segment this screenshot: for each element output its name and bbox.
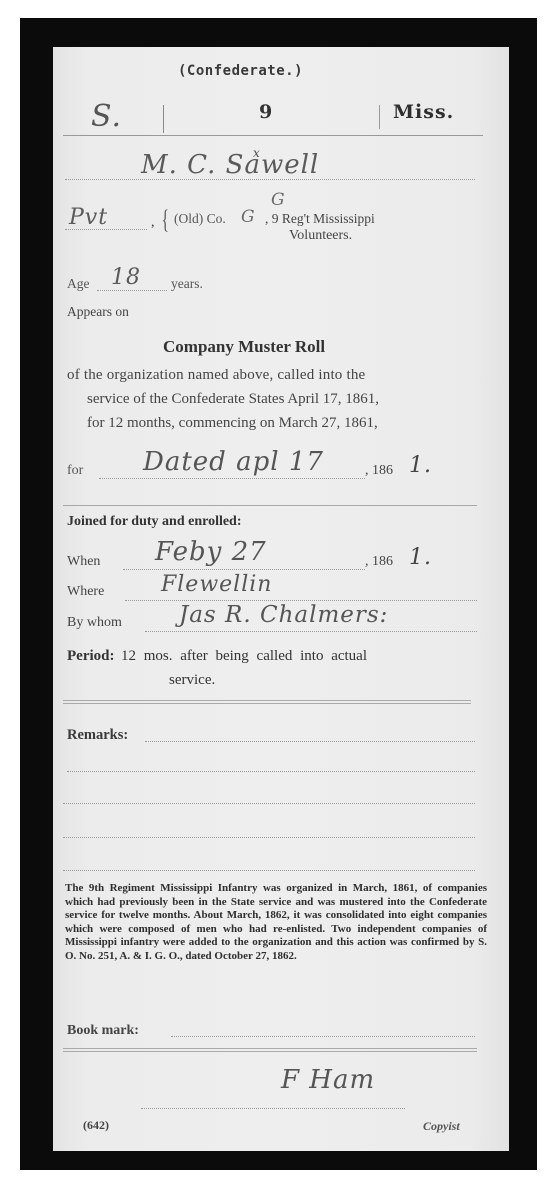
remarks-line-3: [63, 803, 475, 804]
form-number: (642): [83, 1118, 109, 1133]
name-correction-mark: x: [253, 146, 261, 160]
company-letter: G: [241, 207, 256, 227]
when-label: When: [67, 554, 100, 570]
period-value-line2: service.: [169, 672, 215, 689]
section-rule: [63, 505, 477, 506]
period-rule: [63, 700, 471, 704]
period-label: Period:: [67, 648, 114, 665]
age-label: Age: [67, 276, 90, 292]
muster-roll-card: (Confederate.) S. 9 Miss. M. C. Sawell x…: [53, 47, 509, 1151]
confederate-title: (Confederate.): [178, 63, 303, 79]
for-line: [99, 478, 365, 479]
regiment-history-note: The 9th Regiment Mississippi Infantry wa…: [65, 882, 487, 964]
enrollment-heading: Joined for duty and enrolled:: [67, 514, 242, 530]
for-label: for: [67, 463, 83, 479]
copyist-line: [141, 1108, 405, 1109]
age-suffix: years.: [171, 276, 203, 292]
age-line: [97, 290, 167, 291]
copyist-label: Copyist: [423, 1119, 460, 1134]
where-label: Where: [67, 584, 104, 600]
company-correction: G: [271, 190, 286, 210]
header-rule: [63, 135, 483, 136]
copyist-signature: F Ham: [281, 1065, 375, 1095]
rank-line: [65, 229, 147, 230]
state-abbrev: Miss.: [393, 101, 454, 123]
remarks-line-2: [67, 771, 475, 772]
remarks-line-1: [145, 741, 475, 742]
brace: {: [161, 207, 168, 233]
age-value: 18: [111, 265, 141, 290]
regiment-number: 9: [259, 101, 272, 123]
when-year-prefix: , 186: [365, 554, 393, 570]
soldier-name: M. C. Sawell: [141, 150, 319, 180]
remarks-label: Remarks:: [67, 727, 128, 744]
header-divider-left: [163, 105, 164, 133]
regiment-text: , 9 Reg't Mississippi: [265, 211, 375, 227]
for-year-prefix: , 186: [365, 463, 393, 479]
when-value: Feby 27: [155, 537, 267, 567]
header-initial: S.: [91, 99, 122, 134]
book-mark-rule: [63, 1048, 477, 1052]
company-prefix: (Old) Co.: [174, 211, 226, 227]
roll-description-line3: for 12 months, commencing on March 27, 1…: [87, 415, 378, 432]
book-mark-line: [171, 1036, 475, 1037]
appears-on-label: Appears on: [67, 304, 129, 320]
roll-title: Company Muster Roll: [163, 337, 325, 357]
roll-description-line1: of the organization named above, called …: [67, 367, 365, 384]
header-divider-right: [379, 105, 380, 129]
for-value: Dated apl 17: [143, 447, 324, 477]
for-year-digit: 1.: [409, 453, 432, 478]
where-value: Flewellin: [161, 572, 272, 597]
roll-description-line2: service of the Confederate States April …: [87, 391, 379, 408]
by-whom-label: By whom: [67, 615, 122, 631]
remarks-line-4: [63, 837, 475, 838]
unit-type: Volunteers.: [289, 228, 352, 244]
by-whom-value: Jas R. Chalmers:: [179, 602, 388, 628]
by-whom-line: [145, 631, 477, 632]
period-value-line1: 12 mos. after being called into actual: [121, 648, 367, 665]
when-year-digit: 1.: [409, 545, 432, 570]
book-mark-label: Book mark:: [67, 1023, 139, 1039]
rank: Pvt: [69, 205, 108, 230]
remarks-line-5: [63, 870, 475, 871]
name-line: [65, 179, 475, 180]
when-line: [123, 569, 365, 570]
where-line: [125, 600, 477, 601]
